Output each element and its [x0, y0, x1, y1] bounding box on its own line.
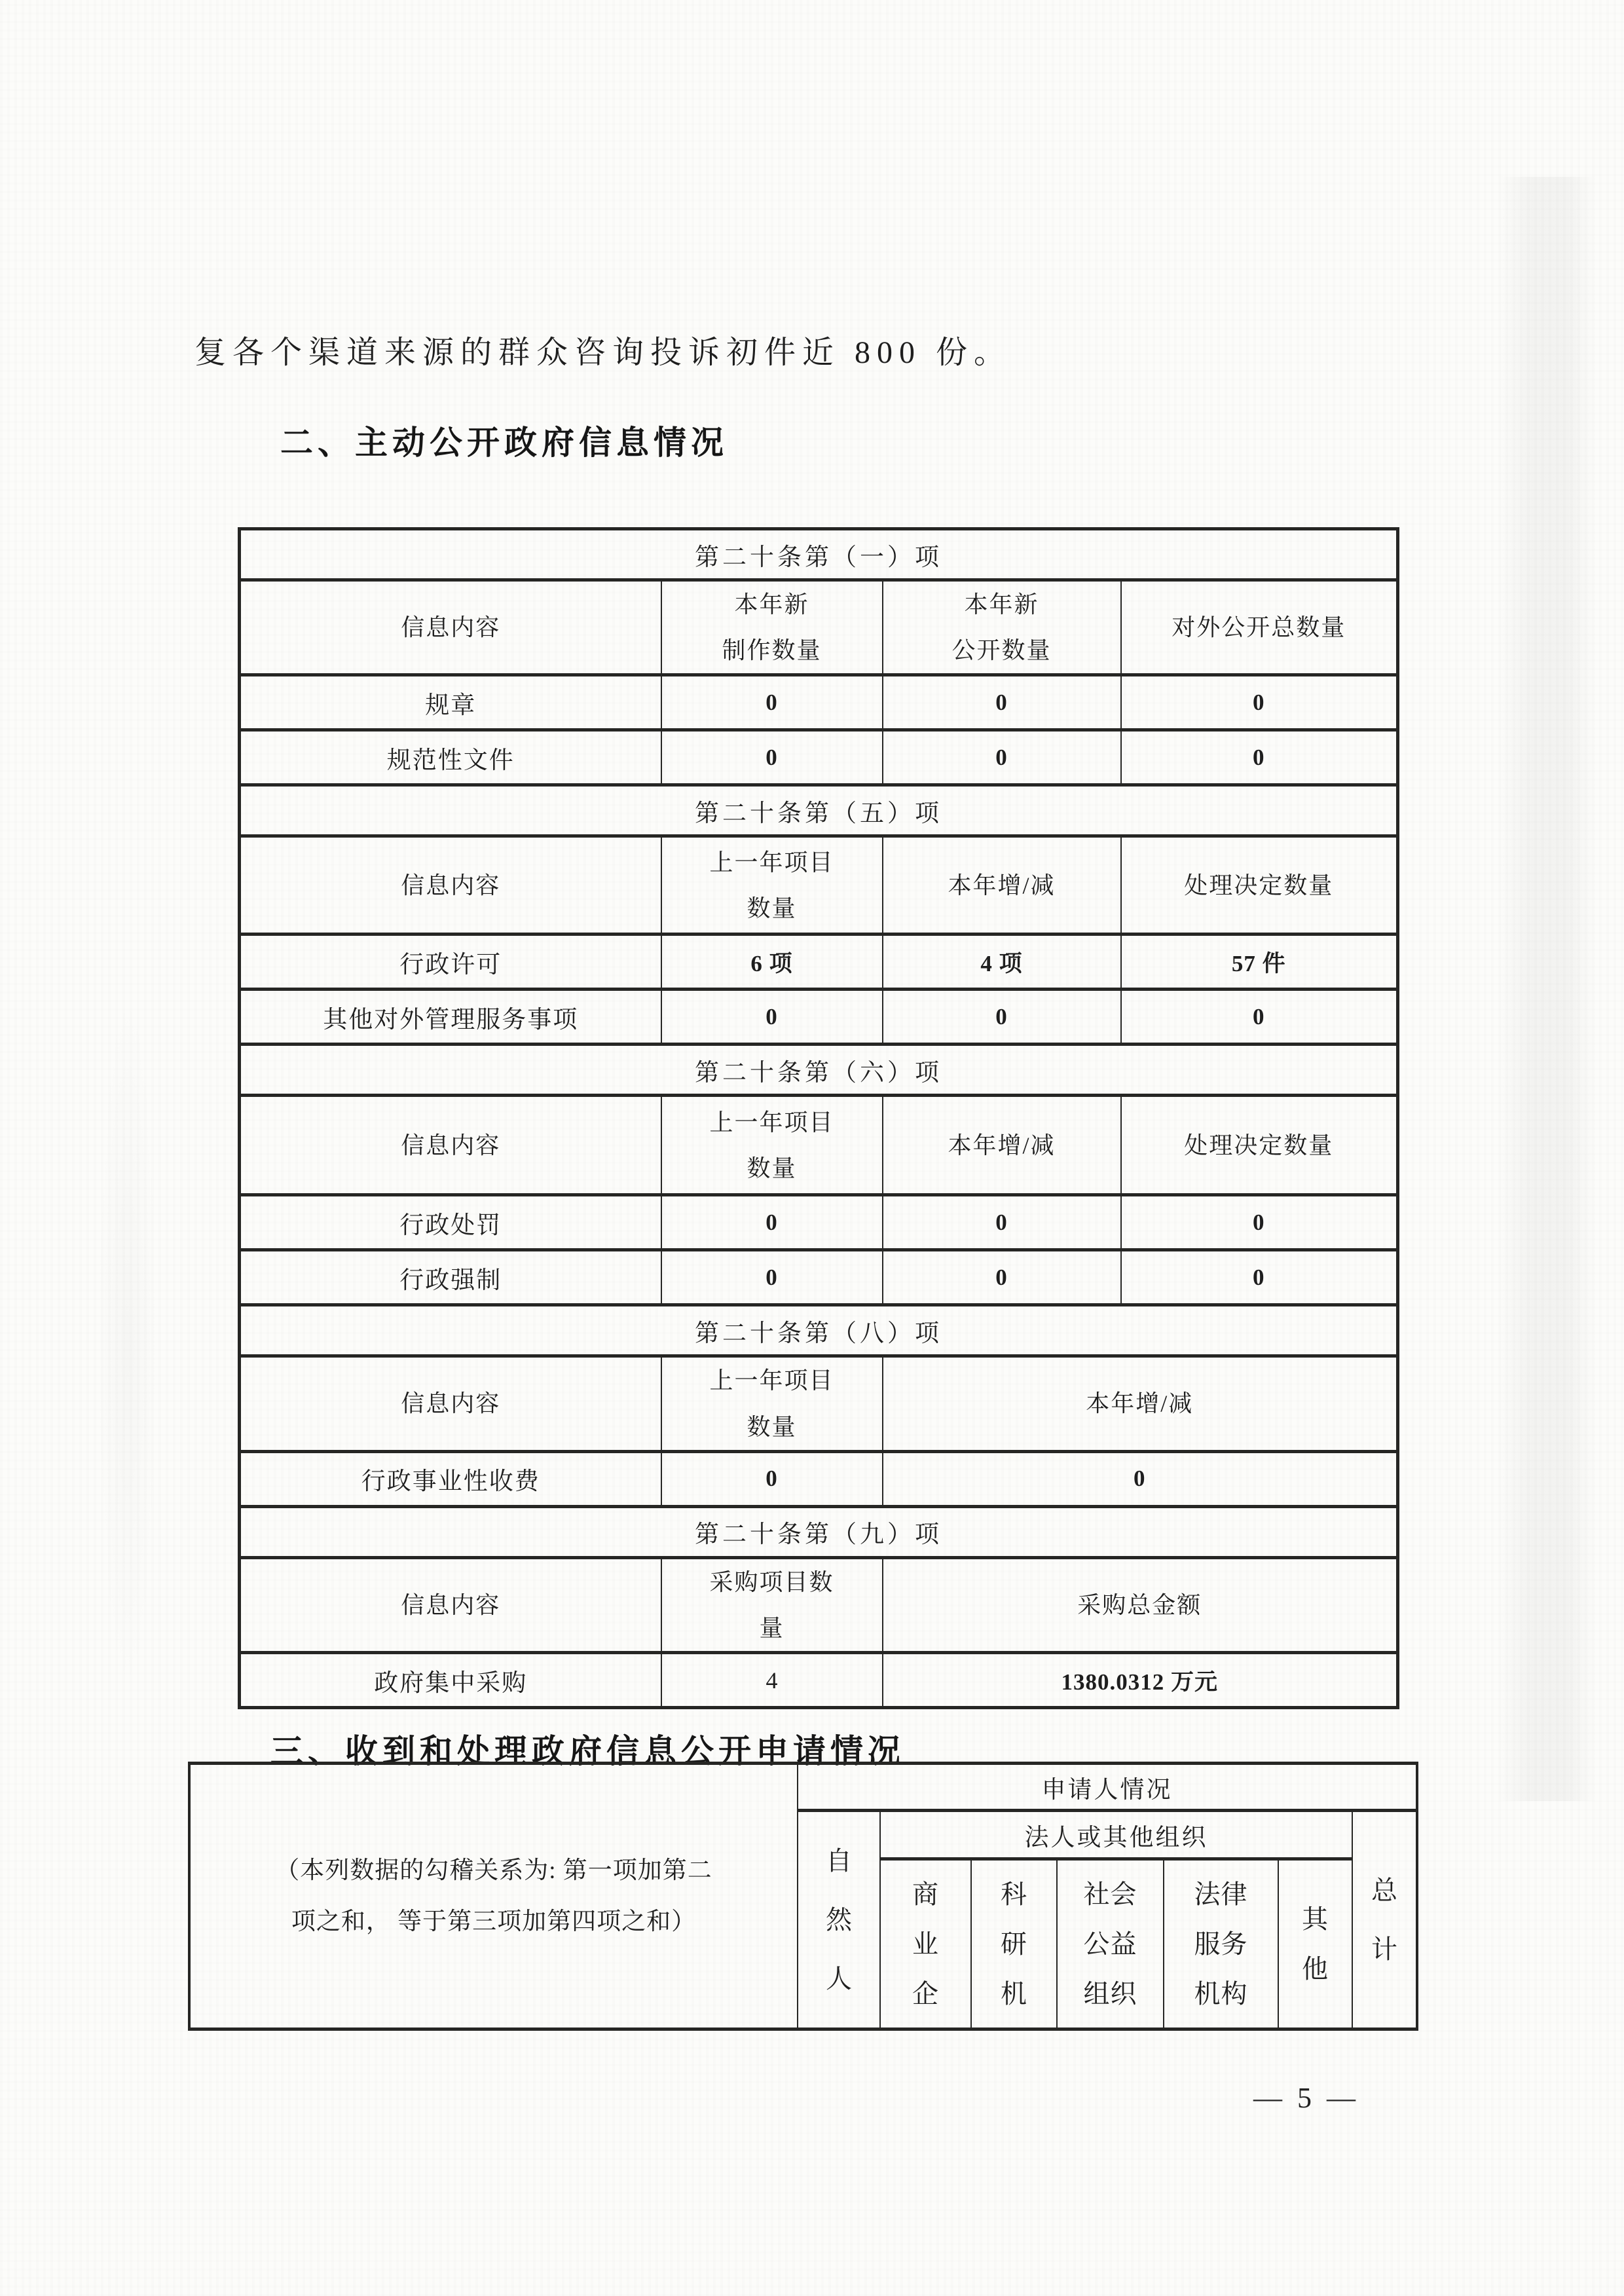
table-row: 信息内容 上一年项目 数量 本年增/减: [240, 1356, 1398, 1451]
application-table: （本列数据的勾稽关系为: 第一项加第二 项之和， 等于第三项加第四项之和） 申请…: [188, 1762, 1418, 2031]
column-header: 本年增/减: [883, 836, 1121, 935]
column-header: 采购总金额: [883, 1557, 1398, 1652]
cell-value: 4: [661, 1653, 883, 1708]
table-row: 信息内容 上一年项目 数量 本年增/减 处理决定数量: [240, 1096, 1398, 1195]
column-header: 采购项目数 量: [661, 1557, 883, 1652]
cell-value: 0: [661, 730, 883, 785]
column-header: 上一年项目 数量: [661, 1096, 883, 1195]
section-title: 第二十条第（一）项: [240, 529, 1398, 580]
column-header: 信息内容: [240, 836, 661, 935]
column-header: 信息内容: [240, 1356, 661, 1451]
scan-artifact-smudge: [98, 982, 157, 1703]
table-row: 信息内容 本年新 制作数量 本年新 公开数量 对外公开总数量: [240, 580, 1398, 675]
column-header: 科 研 机: [971, 1859, 1057, 2029]
cell-value: 4 项: [883, 935, 1121, 990]
scanned-document-page: 复各个渠道来源的群众咨询投诉初件近 800 份。 二、主动公开政府信息情况 第二…: [0, 0, 1624, 2296]
column-header: 法律 服务 机构: [1164, 1859, 1278, 2029]
table-row: 信息内容 采购项目数 量 采购总金额: [240, 1557, 1398, 1652]
table-row: 行政许可 6 项 4 项 57 件: [240, 935, 1398, 990]
cell-value: 0: [1121, 1195, 1398, 1250]
cell-value: 0: [661, 1195, 883, 1250]
table-row: 行政强制 0 0 0: [240, 1250, 1398, 1305]
column-header: 上一年项目 数量: [661, 836, 883, 935]
table-row: 第二十条第（一）项: [240, 529, 1398, 580]
column-header: 信息内容: [240, 1096, 661, 1195]
cell-value: 0: [661, 990, 883, 1045]
row-label: 政府集中采购: [240, 1653, 661, 1708]
row-label: 规范性文件: [240, 730, 661, 785]
row-label: 行政强制: [240, 1250, 661, 1305]
section-title: 第二十条第（五）项: [240, 785, 1398, 836]
table-row: 第二十条第（五）项: [240, 785, 1398, 836]
column-header: 对外公开总数量: [1121, 580, 1398, 675]
cell-value: 0: [883, 990, 1121, 1045]
column-header: 申请人情况: [798, 1764, 1417, 1811]
column-header: 本年增/减: [883, 1096, 1121, 1195]
cell-value: 0: [883, 675, 1121, 730]
body-paragraph: 复各个渠道来源的群众咨询投诉初件近 800 份。: [194, 334, 1439, 372]
table-row: 第二十条第（六）项: [240, 1045, 1398, 1096]
column-header: 商 业 企: [880, 1859, 971, 2029]
section-title: 第二十条第（九）项: [240, 1506, 1398, 1557]
table-row: 第二十条第（九）项: [240, 1506, 1398, 1557]
cell-value: 0: [883, 1195, 1121, 1250]
scan-artifact-band: [1498, 177, 1596, 1801]
table-row: 信息内容 上一年项目 数量 本年增/减 处理决定数量: [240, 836, 1398, 935]
note-cell: （本列数据的勾稽关系为: 第一项加第二 项之和， 等于第三项加第四项之和）: [189, 1764, 798, 2029]
column-header: 社会 公益 组织: [1057, 1859, 1164, 2029]
cell-value: 0: [1121, 1250, 1398, 1305]
cell-value: 0: [883, 730, 1121, 785]
column-header: 总 计: [1352, 1811, 1417, 2029]
column-header: 信息内容: [240, 580, 661, 675]
row-label: 行政事业性收费: [240, 1451, 661, 1506]
cell-value: 0: [661, 1451, 883, 1506]
active-disclosure-table: 第二十条第（一）项 信息内容 本年新 制作数量 本年新 公开数量 对外公开总数量…: [238, 527, 1399, 1709]
cell-value: 0: [661, 675, 883, 730]
row-label: 行政许可: [240, 935, 661, 990]
section-2-heading: 二、主动公开政府信息情况: [280, 417, 728, 464]
cell-value: 0: [883, 1451, 1398, 1506]
column-header: 本年新 公开数量: [883, 580, 1121, 675]
table-row: （本列数据的勾稽关系为: 第一项加第二 项之和， 等于第三项加第四项之和） 申请…: [189, 1764, 1417, 1811]
row-label: 规章: [240, 675, 661, 730]
column-header: 上一年项目 数量: [661, 1356, 883, 1451]
cell-value: 1380.0312 万元: [883, 1653, 1398, 1708]
table-row: 行政事业性收费 0 0: [240, 1451, 1398, 1506]
column-header: 处理决定数量: [1121, 836, 1398, 935]
cell-value: 0: [1121, 675, 1398, 730]
row-label: 行政处罚: [240, 1195, 661, 1250]
column-header: 本年增/减: [883, 1356, 1398, 1451]
column-header: 法人或其他组织: [880, 1811, 1352, 1859]
cell-value: 0: [1121, 730, 1398, 785]
section-title: 第二十条第（八）项: [240, 1305, 1398, 1356]
table-row: 规章 0 0 0: [240, 675, 1398, 730]
cell-value: 0: [1121, 990, 1398, 1045]
column-header: 处理决定数量: [1121, 1096, 1398, 1195]
cell-value: 0: [883, 1250, 1121, 1305]
cell-value: 0: [661, 1250, 883, 1305]
table-row: 行政处罚 0 0 0: [240, 1195, 1398, 1250]
row-label: 其他对外管理服务事项: [240, 990, 661, 1045]
cell-value: 6 项: [661, 935, 883, 990]
page-number: — 5 —: [1215, 2081, 1398, 2115]
table-row: 其他对外管理服务事项 0 0 0: [240, 990, 1398, 1045]
column-header: 其 他: [1278, 1859, 1352, 2029]
table-row: 第二十条第（八）项: [240, 1305, 1398, 1356]
table-row: 规范性文件 0 0 0: [240, 730, 1398, 785]
section-title: 第二十条第（六）项: [240, 1045, 1398, 1096]
column-header: 本年新 制作数量: [661, 580, 883, 675]
cell-value: 57 件: [1121, 935, 1398, 990]
column-header: 自 然 人: [798, 1811, 880, 2029]
table-row: 政府集中采购 4 1380.0312 万元: [240, 1653, 1398, 1708]
column-header: 信息内容: [240, 1557, 661, 1652]
